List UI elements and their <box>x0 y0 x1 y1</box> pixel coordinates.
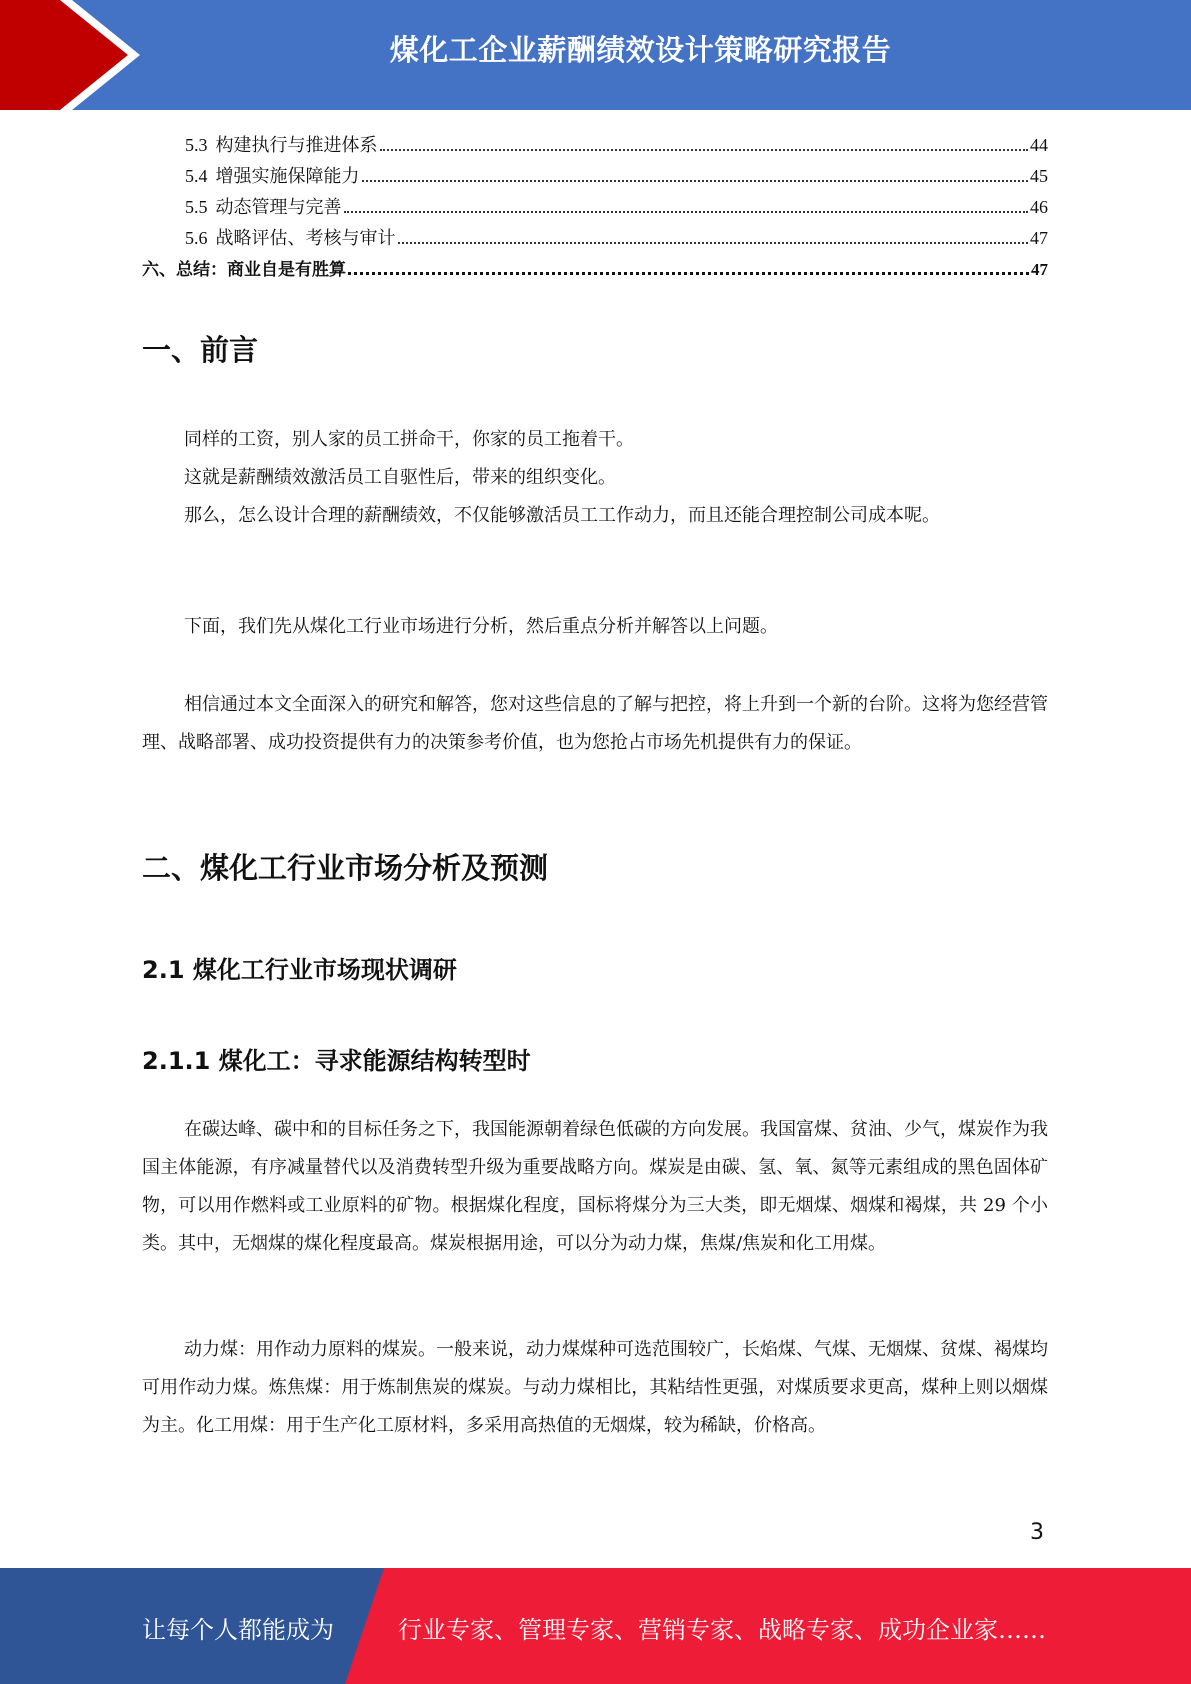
toc-leader <box>344 210 1029 213</box>
toc-entry-number: 5.4 <box>185 161 208 192</box>
toc-entry-label: 增强实施保障能力 <box>216 161 360 192</box>
footer-slogan-right: 行业专家、管理专家、营销专家、战略专家、成功企业家…… <box>398 1610 1046 1645</box>
subsection-heading-2-1-1: 2.1.1 煤化工：寻求能源结构转型时 <box>142 1041 531 1076</box>
toc-leader <box>398 241 1029 244</box>
toc-entry-label: 构建执行与推进体系 <box>216 130 378 161</box>
toc-entry[interactable]: 5.4 增强实施保障能力 45 <box>142 161 1048 192</box>
toc-entry-page: 44 <box>1030 130 1048 161</box>
section-heading-market-analysis: 二、煤化工行业市场分析及预测 <box>142 846 548 887</box>
toc-entry[interactable]: 5.6 战略评估、考核与审计 47 <box>142 223 1048 254</box>
subsection-heading-2-1: 2.1 煤化工行业市场现状调研 <box>142 950 457 985</box>
toc-leader <box>380 148 1029 151</box>
toc-entry-number: 5.6 <box>185 223 208 254</box>
page-number: 3 <box>1030 1520 1044 1545</box>
toc-entry[interactable]: 5.5 动态管理与完善 46 <box>142 192 1048 223</box>
toc-entry-number: 5.5 <box>185 192 208 223</box>
paragraph: 动力煤：用作动力原料的煤炭。一般来说，动力煤煤种可选范围较广，长焰煤、气煤、无烟… <box>142 1331 1048 1445</box>
footer-slogan-left: 让每个人都能成为 <box>142 1610 334 1645</box>
paragraph: 下面，我们先从煤化工行业市场进行分析，然后重点分析并解答以上问题。 <box>142 608 1048 646</box>
paragraph: 同样的工资，别人家的员工拼命干，你家的员工拖着干。 <box>142 421 1048 459</box>
page-header: 煤化工企业薪酬绩效设计策略研究报告 <box>0 0 1191 110</box>
toc-entry-page: 45 <box>1030 161 1048 192</box>
toc-entry[interactable]: 六、总结：商业自是有胜算 47 <box>142 254 1048 285</box>
toc-entry-label: 六、总结：商业自是有胜算 <box>142 255 346 286</box>
toc-entry-number: 5.3 <box>185 130 208 161</box>
toc-entry-label: 战略评估、考核与审计 <box>216 223 396 254</box>
toc-entry-page: 47 <box>1031 254 1048 285</box>
toc-entry-page: 46 <box>1030 192 1048 223</box>
paragraph: 相信通过本文全面深入的研究和解答，您对这些信息的了解与把控，将上升到一个新的台阶… <box>142 686 1048 762</box>
toc-entry-page: 47 <box>1030 223 1048 254</box>
page-footer: 让每个人都能成为 行业专家、管理专家、营销专家、战略专家、成功企业家…… <box>0 1568 1191 1684</box>
paragraph: 那么，怎么设计合理的薪酬绩效，不仅能够激活员工工作动力，而且还能合理控制公司成本… <box>142 497 1048 535</box>
toc-entry-label: 动态管理与完善 <box>216 192 342 223</box>
table-of-contents: 5.3 构建执行与推进体系 44 5.4 增强实施保障能力 45 5.5 动态管… <box>142 130 1048 285</box>
document-title: 煤化工企业薪酬绩效设计策略研究报告 <box>0 28 1191 69</box>
paragraph: 在碳达峰、碳中和的目标任务之下，我国能源朝着绿色低碳的方向发展。我国富煤、贫油、… <box>142 1111 1048 1263</box>
toc-entry[interactable]: 5.3 构建执行与推进体系 44 <box>142 130 1048 161</box>
section-heading-preface: 一、前言 <box>142 328 258 369</box>
paragraph: 这就是薪酬绩效激活员工自驱性后，带来的组织变化。 <box>142 459 1048 497</box>
toc-leader <box>362 179 1029 182</box>
toc-leader <box>348 271 1029 275</box>
